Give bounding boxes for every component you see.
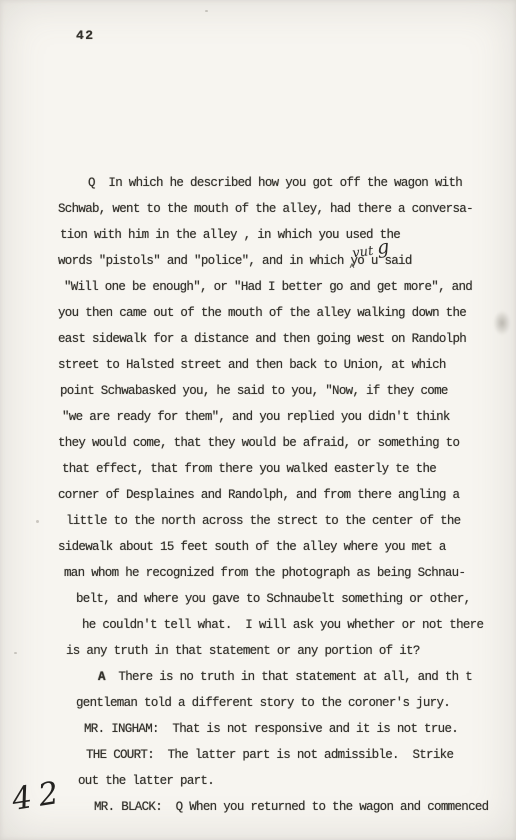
scan-speck	[205, 10, 208, 12]
transcript-line-answer: A There is no truth in that statement at…	[98, 664, 498, 690]
transcript-line: words "pistols" and "police", and in whi…	[58, 248, 498, 274]
transcript-line: MR. INGHAM: That is not responsive and i…	[84, 716, 498, 742]
page-number: 42	[76, 28, 95, 43]
scan-speck	[36, 520, 39, 523]
transcript-text: Q In which he described how you got off …	[58, 170, 498, 820]
transcript-line: gentleman told a different story to the …	[76, 690, 498, 716]
insertion-caret-mark: ^	[349, 263, 355, 274]
transcript-line: point Schwabasked you, he said to you, "…	[60, 378, 498, 404]
transcript-line: out the latter part.	[78, 768, 498, 794]
transcript-line: sidewalk about 15 feet south of the alle…	[58, 534, 498, 560]
handwritten-insertion: vut g	[351, 236, 391, 262]
scanned-transcript-page: 42 Q In which he described how you got o…	[0, 0, 516, 840]
transcript-line: Q In which he described how you got off …	[88, 170, 498, 196]
transcript-line: east sidewalk for a distance and then go…	[58, 326, 498, 352]
transcript-line: THE COURT: The latter part is not admiss…	[86, 742, 498, 768]
transcript-line: little to the north across the strect to…	[66, 508, 498, 534]
transcript-line: he couldn't tell what. I will ask you wh…	[82, 612, 498, 638]
transcript-line: you then came out of the mouth of the al…	[58, 300, 498, 326]
transcript-line: "Will one be enough", or "Had I better g…	[64, 274, 498, 300]
transcript-line: "we are ready for them", and you replied…	[62, 404, 498, 430]
transcript-line: Schwab, went to the mouth of the alley, …	[58, 196, 498, 222]
transcript-line: that effect, that from there you walked …	[62, 456, 498, 482]
transcript-line: street to Halsted street and then back t…	[58, 352, 498, 378]
transcript-line: MR. BLACK: Q When you returned to the wa…	[94, 794, 498, 820]
transcript-line: corner of Desplaines and Randolph, and f…	[58, 482, 498, 508]
scan-speck	[14, 652, 17, 654]
transcript-line: man whom he recognized from the photogra…	[64, 560, 498, 586]
transcript-line: they would come, that they would be afra…	[58, 430, 498, 456]
transcript-line: is any truth in that statement or any po…	[66, 638, 498, 664]
transcript-line: belt, and where you gave to Schnaubelt s…	[76, 586, 498, 612]
handwritten-flourish: g	[376, 236, 391, 259]
transcript-line: tion with him in the alley , in which yo…	[60, 222, 498, 248]
scan-smudge	[490, 306, 514, 340]
handwritten-insertion-text: vut	[352, 244, 375, 261]
